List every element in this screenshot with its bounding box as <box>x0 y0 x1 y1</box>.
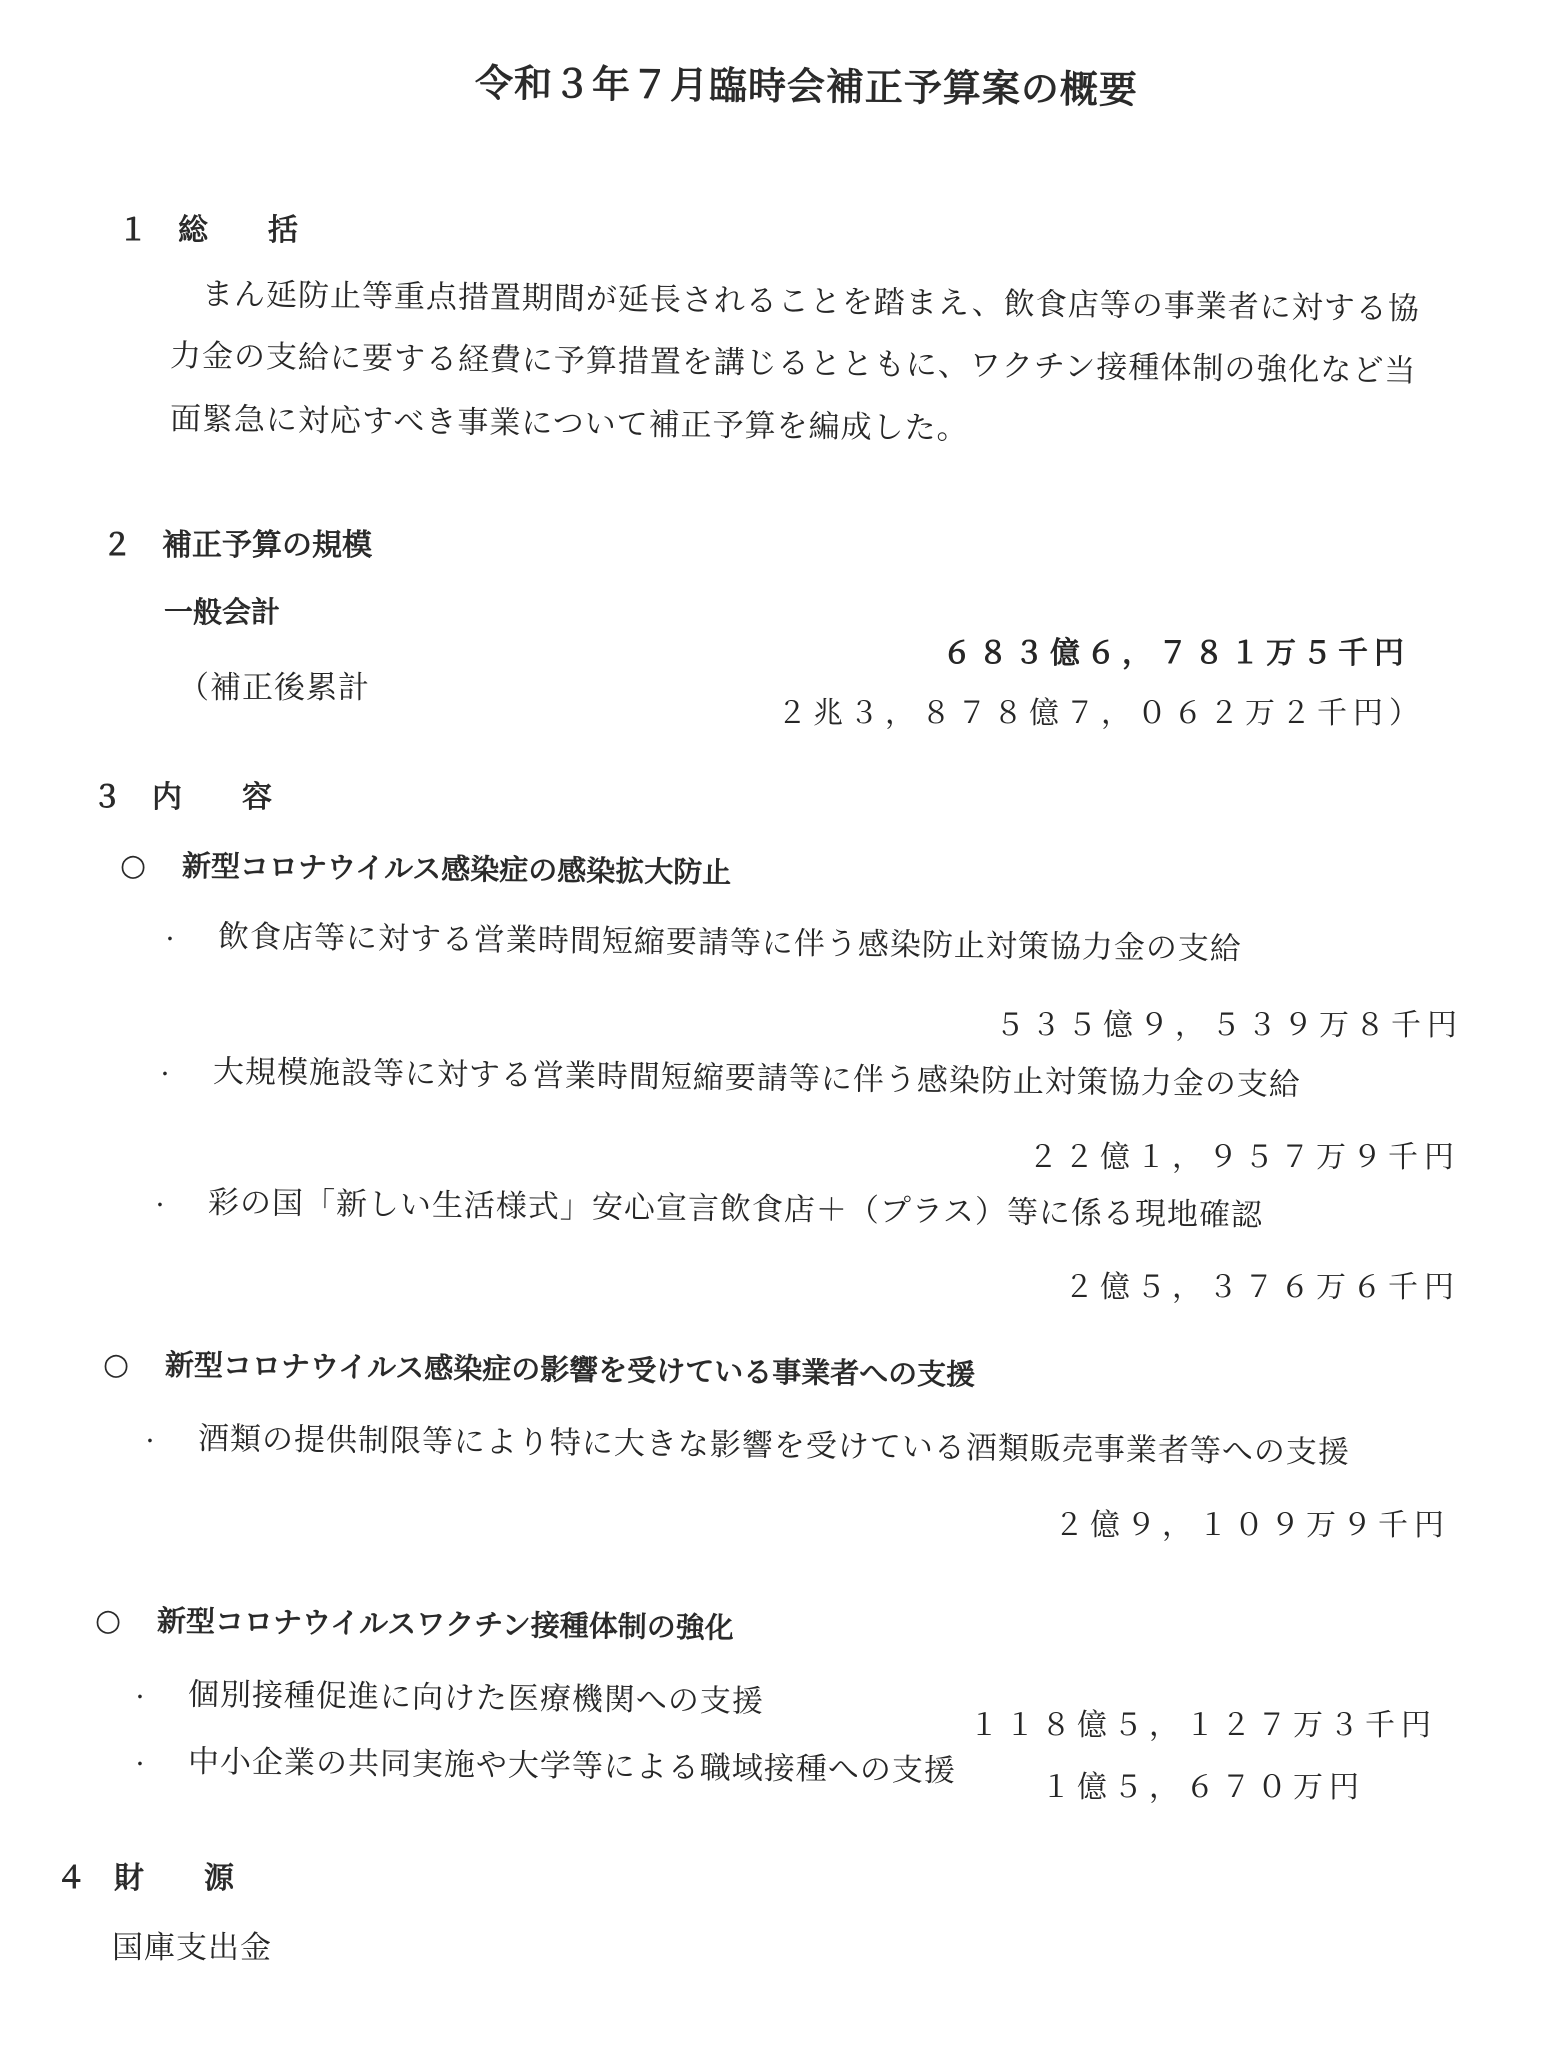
item-amount: １億５，６７０万円 <box>1041 1762 1365 1806</box>
section-title: 財 源 <box>114 1861 234 1896</box>
item-text: 中小企業の共同実施や大学等による職域接種への支援 <box>188 1744 956 1789</box>
section-number: ３ <box>92 772 152 816</box>
list-item: ・大規模施設等に対する営業時間短縮要請等に伴う感染防止対策協力金の支給 <box>155 1045 1301 1104</box>
section-4-heading: ４財 源 <box>56 1853 234 1897</box>
item-text: 彩の国「新しい生活様式」安心宣言飲食店＋（プラス）等に係る現地確認 <box>208 1185 1263 1234</box>
bullet-icon: ・ <box>130 1681 188 1711</box>
section-title: 総 括 <box>178 213 298 248</box>
list-item: ・飲食店等に対する営業時間短縮要請等に伴う感染防止対策協力金の支給 <box>160 910 1242 968</box>
list-item: ・中小企業の共同実施や大学等による職域接種への支援 <box>130 1735 956 1790</box>
section-number: ２ <box>102 520 162 564</box>
item-amount: ５３５億９，５３９万８千円 <box>995 1000 1463 1044</box>
item-text: 酒類の提供制限等により特に大きな影響を受けている酒類販売事業者等への支援 <box>198 1421 1350 1471</box>
cumulative-amount: ２兆３，８７８億７，０６２万２千円） <box>777 688 1425 732</box>
section-number: ４ <box>56 1853 114 1897</box>
bullet-icon: ・ <box>155 1058 213 1088</box>
content-group-1-title: ○新型コロナウイルス感染症の感染拡大防止 <box>120 843 732 891</box>
list-item: ・彩の国「新しい生活様式」安心宣言飲食店＋（プラス）等に係る現地確認 <box>150 1176 1264 1235</box>
list-item: ・酒類の提供制限等により特に大きな影響を受けている酒類販売事業者等への支援 <box>140 1412 1350 1472</box>
section-3-heading: ３内 容 <box>92 772 272 816</box>
bullet-icon: ・ <box>160 923 218 953</box>
item-text: 個別接種促進に向けた医療機関への支援 <box>188 1677 764 1720</box>
group-title: 新型コロナウイルス感染症の感染拡大防止 <box>182 849 732 890</box>
summary-line-2: 力金の支給に要する経費に予算措置を講じるとともに、ワクチン接種体制の強化など当 <box>170 330 1417 390</box>
content-group-3-title: ○新型コロナウイルスワクチン接種体制の強化 <box>95 1598 734 1647</box>
funding-source: 国庫支出金 <box>112 1922 272 1967</box>
section-2-heading: ２補正予算の規模 <box>102 520 372 564</box>
section-title: 補正予算の規模 <box>162 528 372 563</box>
list-item: ・個別接種促進に向けた医療機関への支援 <box>130 1668 765 1721</box>
general-account-label: 一般会計 <box>164 590 280 631</box>
circle-marker-icon: ○ <box>120 848 182 884</box>
bullet-icon: ・ <box>130 1748 188 1778</box>
group-title: 新型コロナウイルスワクチン接種体制の強化 <box>157 1604 734 1645</box>
summary-line-1: まん延防止等重点措置期間が延長されることを踏まえ、飲食店等の事業者に対する協 <box>170 268 1420 328</box>
bullet-icon: ・ <box>150 1189 208 1219</box>
circle-marker-icon: ○ <box>103 1347 165 1383</box>
section-number: １ <box>118 205 178 249</box>
section-title: 内 容 <box>152 780 272 815</box>
item-text: 大規模施設等に対する営業時間短縮要請等に伴う感染防止対策協力金の支給 <box>213 1054 1301 1103</box>
group-title: 新型コロナウイルス感染症の影響を受けている事業者への支援 <box>165 1348 976 1392</box>
cumulative-label: （補正後累計 <box>178 662 370 707</box>
summary-line-3: 面緊急に対応すべき事業について補正予算を編成した。 <box>170 393 969 448</box>
item-amount: ２億９，１０９万９千円 <box>1054 1500 1450 1544</box>
item-amount: ２２億１，９５７万９千円 <box>1028 1132 1460 1176</box>
item-amount: ２億５，３７６万６千円 <box>1064 1262 1460 1306</box>
bullet-icon: ・ <box>140 1425 198 1455</box>
page-title: 令和３年７月臨時会補正予算案の概要 <box>475 52 1139 114</box>
section-1-heading: １総 括 <box>118 205 298 249</box>
item-text: 飲食店等に対する営業時間短縮要請等に伴う感染防止対策協力金の支給 <box>218 919 1242 968</box>
general-account-amount: ６８３億６，７８１万５千円 <box>942 628 1410 672</box>
circle-marker-icon: ○ <box>95 1603 157 1639</box>
content-group-2-title: ○新型コロナウイルス感染症の影響を受けている事業者への支援 <box>103 1342 976 1394</box>
item-amount: １１８億５，１２７万３千円 <box>969 1700 1437 1744</box>
